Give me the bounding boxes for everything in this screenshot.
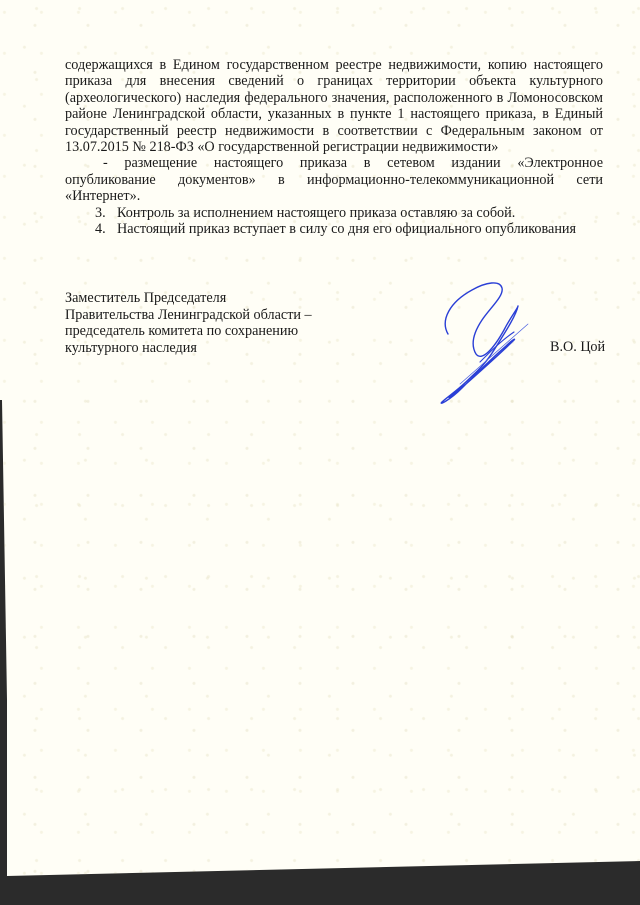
paragraph-publication: - размещение настоящего приказа в сетево…: [65, 155, 603, 204]
document-page: содержащихся в Едином государственном ре…: [0, 0, 640, 905]
list-text: Контроль за исполнением настоящего прика…: [117, 205, 515, 221]
signatory-title-line: Заместитель Председателя: [65, 290, 312, 307]
handwritten-signature-icon: [420, 272, 550, 412]
list-item-4: 4. Настоящий приказ вступает в силу со д…: [65, 221, 603, 237]
signatory-title-line: Правительства Ленинградской области –: [65, 307, 312, 324]
paragraph-registry-copy: содержащихся в Едином государственном ре…: [65, 57, 603, 155]
list-item-3: 3. Контроль за исполнением настоящего пр…: [65, 205, 603, 221]
signatory-title: Заместитель Председателя Правительства Л…: [65, 290, 312, 356]
signatory-title-line: председатель комитета по сохранению: [65, 323, 312, 340]
signer-name: В.О. Цой: [550, 339, 605, 356]
list-number: 4.: [95, 221, 117, 237]
list-number: 3.: [95, 205, 117, 221]
document-body: содержащихся в Едином государственном ре…: [65, 57, 603, 237]
signatory-title-line: культурного наследия: [65, 340, 312, 357]
list-text: Настоящий приказ вступает в силу со дня …: [117, 221, 576, 237]
